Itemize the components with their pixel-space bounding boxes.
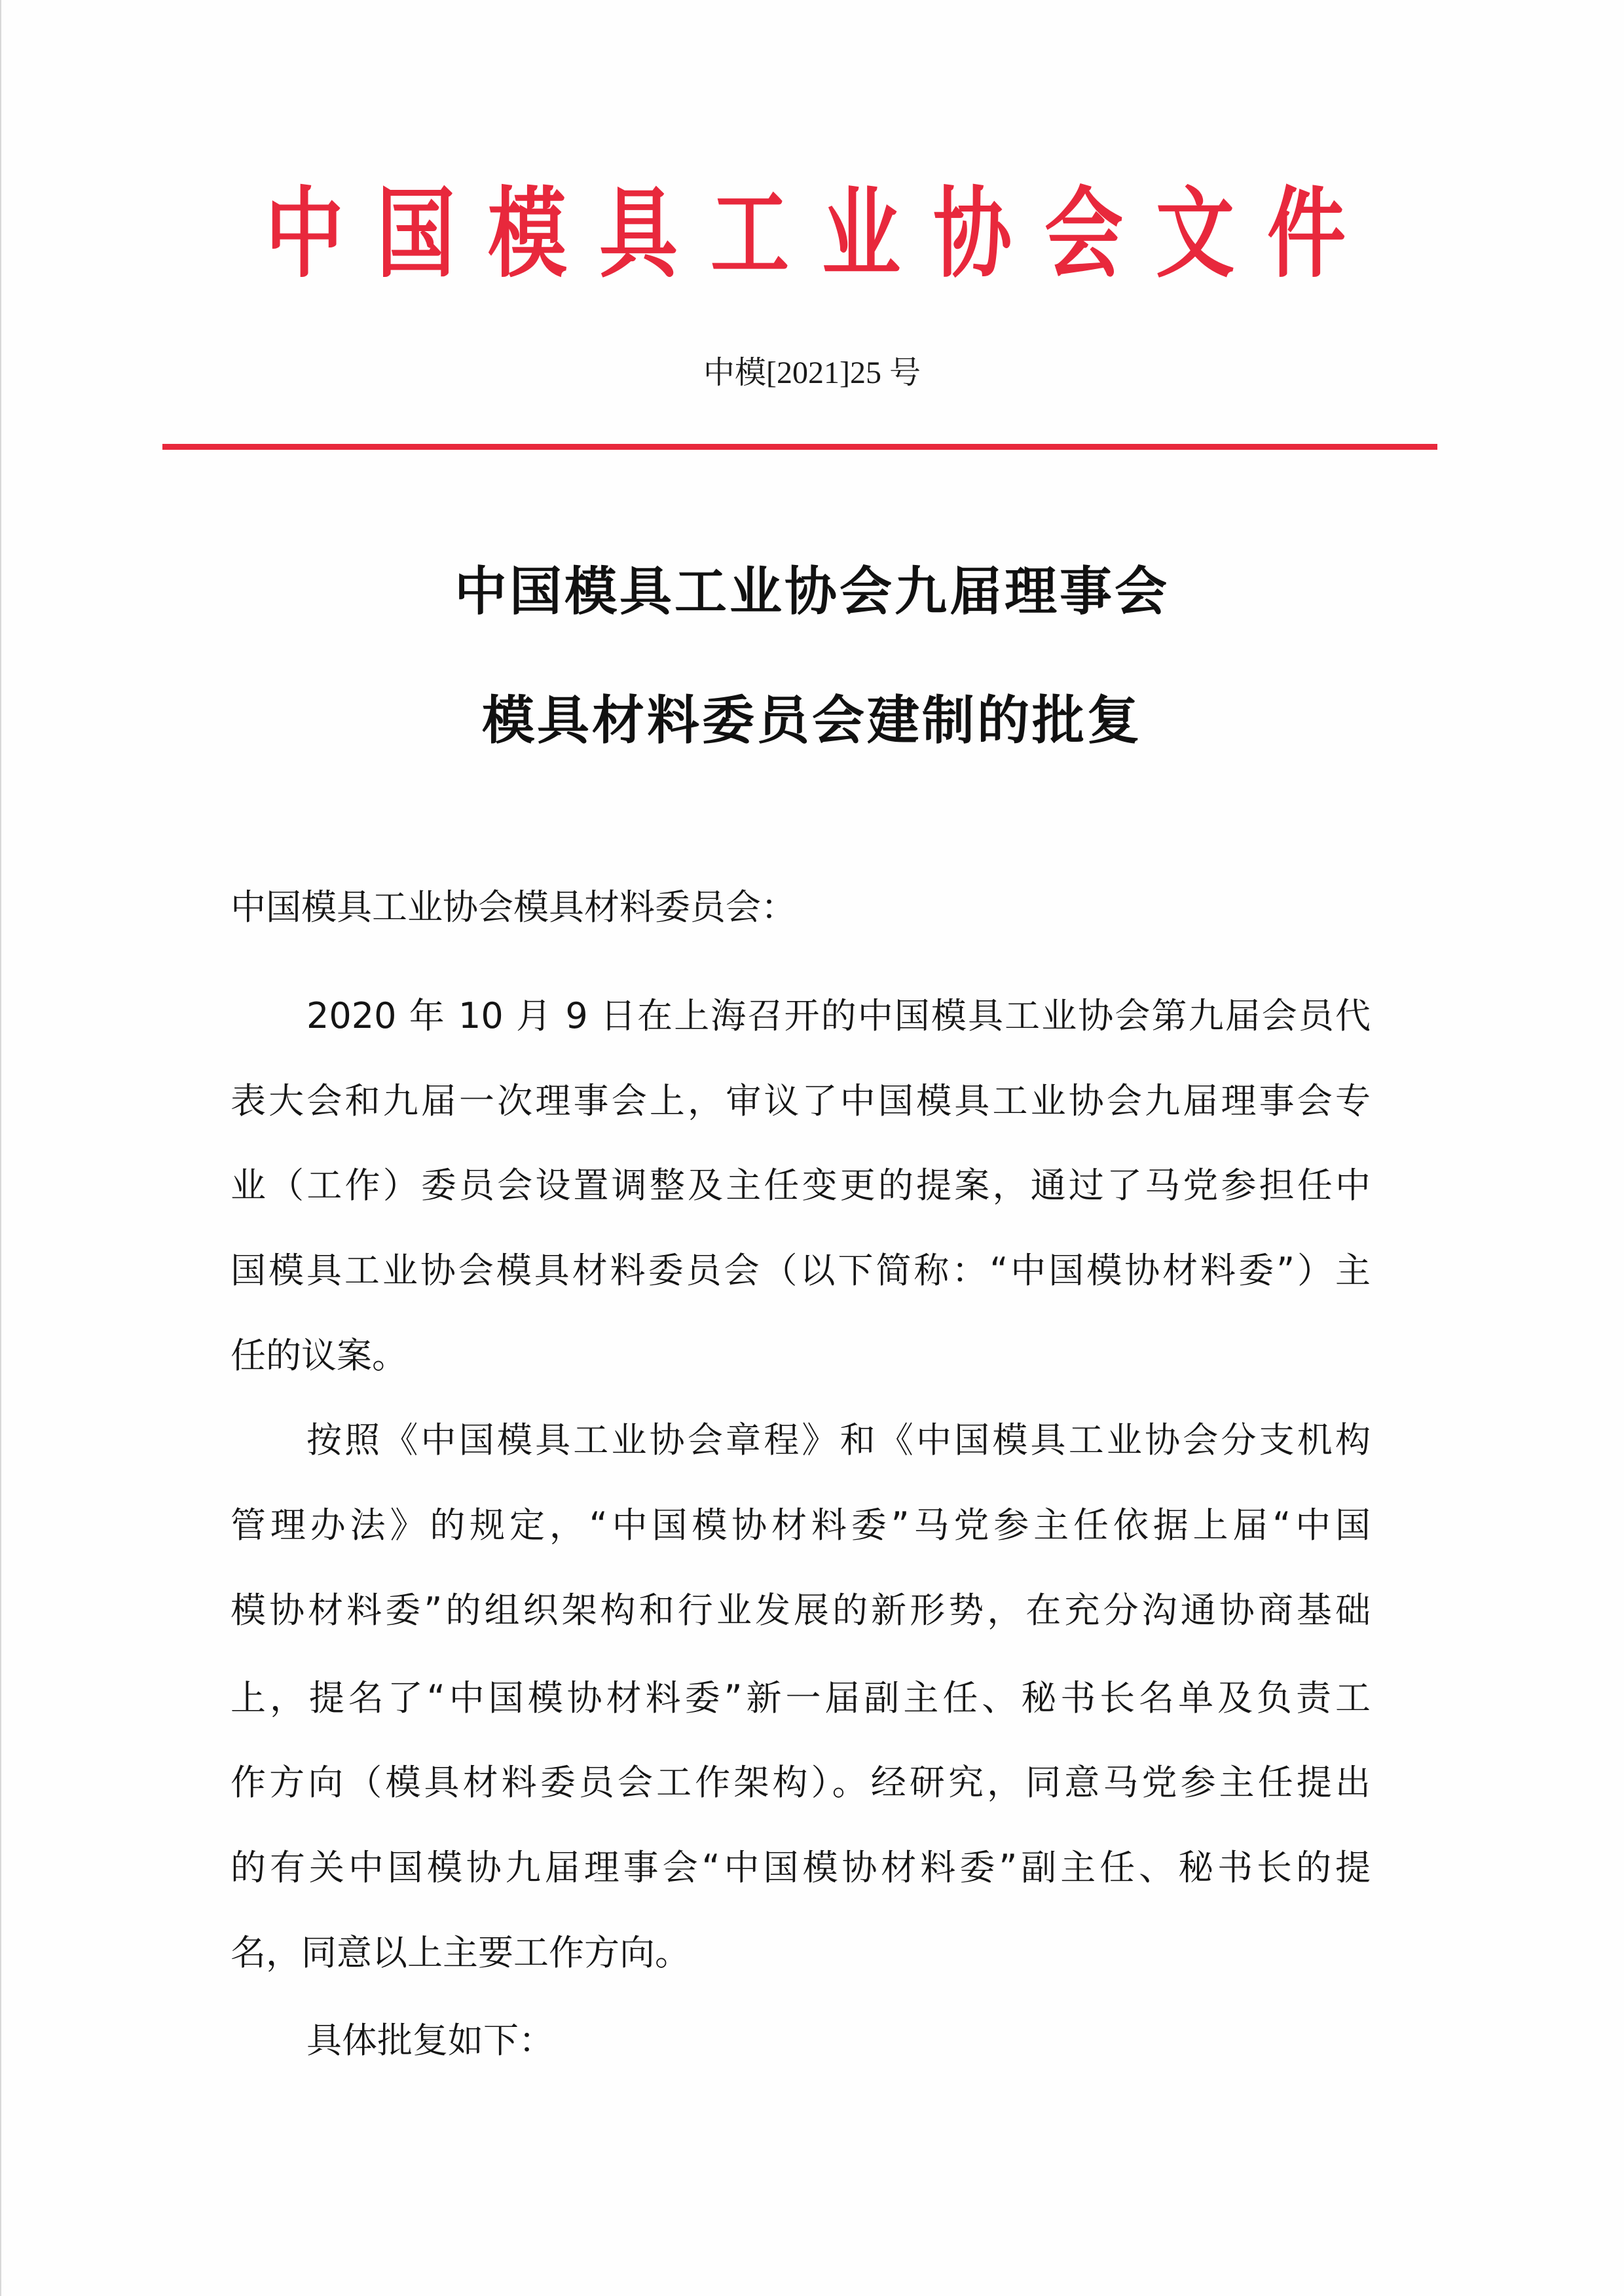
paragraph-1-line: 国模具工业协会模具材料委员会（以下简称：“中国模协材料委”）主 bbox=[231, 1245, 1371, 1297]
header-char: 文 bbox=[1156, 172, 1234, 296]
paragraph-1-line: 任的议案。 bbox=[231, 1330, 1371, 1382]
header-char: 模 bbox=[488, 172, 566, 296]
red-separator-line bbox=[162, 444, 1437, 450]
header-char: 业 bbox=[822, 172, 900, 296]
org-header-title: 中 国 模 具 工 业 协 会 文 件 bbox=[255, 172, 1356, 296]
header-char: 工 bbox=[710, 172, 789, 296]
paragraph-1-line: 业（工作）委员会设置调整及主任变更的提案，通过了马党参担任中 bbox=[231, 1159, 1371, 1212]
document-title-line-2: 模具材料委员会建制的批复 bbox=[0, 687, 1624, 753]
scan-edge-line bbox=[0, 0, 1, 2296]
paragraph-2-line: 的有关中国模协九届理事会“中国模协材料委”副主任、秘书长的提 bbox=[231, 1842, 1371, 1894]
header-char: 具 bbox=[599, 172, 678, 296]
document-title-line-1: 中国模具工业协会九届理事会 bbox=[0, 558, 1624, 624]
header-char: 件 bbox=[1267, 172, 1346, 296]
paragraph-1-line: 表大会和九届一次理事会上，审议了中国模具工业协会九届理事会专 bbox=[231, 1075, 1371, 1127]
header-char: 会 bbox=[1044, 172, 1123, 296]
closing-line: 具体批复如下： bbox=[306, 2014, 1371, 2067]
paragraph-2-line: 模协材料委”的组织架构和行业发展的新形势，在充分沟通协商基础 bbox=[231, 1584, 1371, 1637]
paragraph-2-line: 作方向（模具材料委员会工作架构）。经研究，同意马党参主任提出 bbox=[231, 1757, 1371, 1809]
salutation: 中国模具工业协会模具材料委员会： bbox=[231, 881, 1371, 934]
header-char: 中 bbox=[265, 172, 344, 296]
paragraph-2-line: 管理办法》的规定，“中国模协材料委”马党参主任依据上届“中国 bbox=[231, 1499, 1371, 1552]
paragraph-2-line: 按照《中国模具工业协会章程》和《中国模具工业协会分支机构 bbox=[306, 1414, 1371, 1467]
paragraph-2-line: 名，同意以上主要工作方向。 bbox=[231, 1927, 1371, 1979]
paragraph-2-line: 上，提名了“中国模协材料委”新一届副主任、秘书长名单及负责工 bbox=[231, 1672, 1371, 1724]
header-char: 协 bbox=[933, 172, 1012, 296]
document-page: 中 国 模 具 工 业 协 会 文 件 中模[2021]25 号 中国模具工业协… bbox=[0, 0, 1624, 2296]
document-number: 中模[2021]25 号 bbox=[0, 354, 1624, 393]
paragraph-1-line: 2020 年 10 月 9 日在上海召开的中国模具工业协会第九届会员代 bbox=[306, 990, 1371, 1042]
header-char: 国 bbox=[377, 172, 455, 296]
